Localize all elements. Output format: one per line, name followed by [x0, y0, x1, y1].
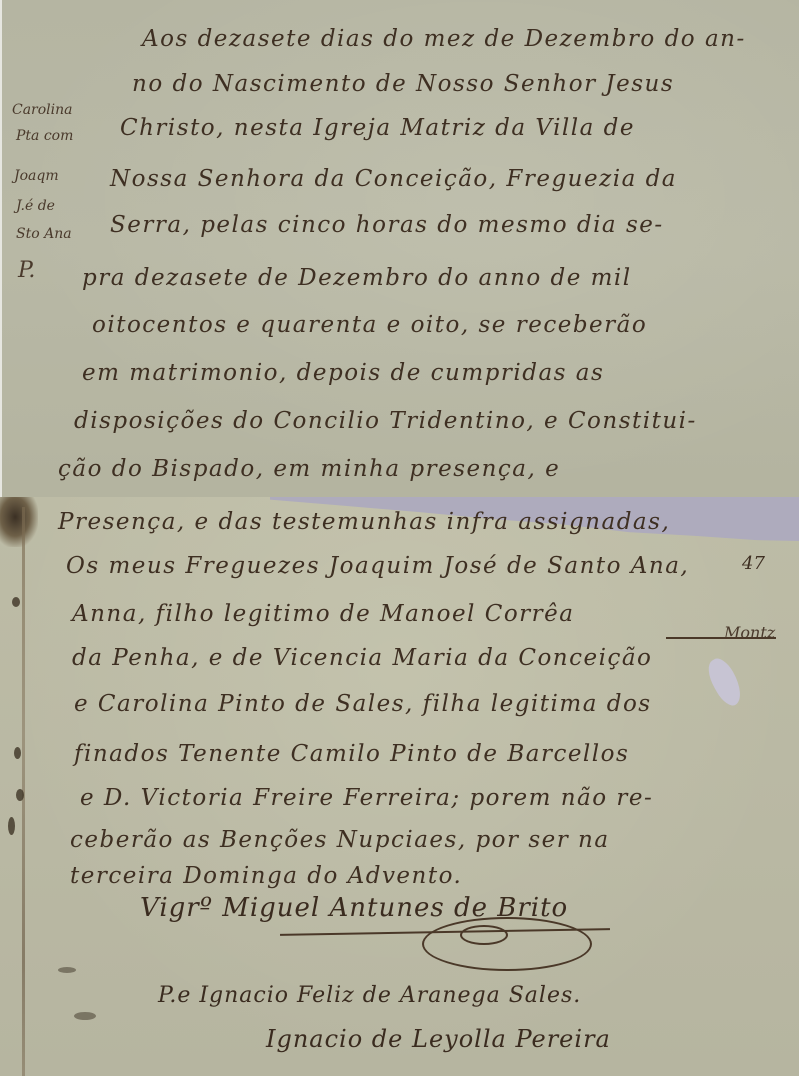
signature-flourish [422, 917, 592, 971]
margin-note-line: P. [18, 258, 35, 283]
ink-blot [74, 1012, 96, 1020]
text-line: ceberão as Benções Nupciaes, por ser na [70, 827, 610, 853]
ink-stain [0, 497, 38, 547]
page-number: 47 [742, 553, 765, 574]
text-line: terceira Dominga do Advento. [70, 863, 462, 889]
margin-note-line: Pta com [16, 128, 73, 144]
document-fragment-bottom: 47 Presença, e das testemunhas infra ass… [0, 497, 799, 1076]
text-line: ção do Bispado, em minha presença, e [58, 456, 560, 482]
text-line: Serra, pelas cinco horas do mesmo dia se… [110, 212, 664, 238]
ink-blot [58, 967, 76, 973]
text-line: e D. Victoria Freire Ferreira; porem não… [80, 785, 653, 811]
signature-flourish [460, 925, 508, 945]
text-line: Nossa Senhora da Conceição, Freguezia da [110, 166, 677, 192]
text-line: disposições do Concilio Tridentino, e Co… [74, 408, 697, 434]
text-line: Presença, e das testemunhas infra assign… [58, 509, 670, 535]
margin-note-right: Montz [724, 623, 775, 642]
text-line: da Penha, e de Vicencia Maria da Conceiç… [72, 645, 652, 671]
text-line: em matrimonio, depois de cumpridas as [82, 360, 604, 386]
ink-blot [12, 597, 20, 607]
text-line: Anna, filho legitimo de Manoel Corrêa [72, 601, 574, 627]
text-line: Christo, nesta Igreja Matriz da Villa de [120, 115, 635, 141]
margin-note-line: Carolina [12, 102, 73, 118]
text-line: finados Tenente Camilo Pinto de Barcello… [74, 741, 629, 767]
document-fragment-top: Carolina Pta com Joaqm J.é de Sto Ana P.… [0, 0, 799, 497]
text-line: oitocentos e quarenta e oito, se receber… [92, 312, 647, 338]
signature-witness-2: Ignacio de Leyolla Pereira [266, 1025, 611, 1053]
line-filler [666, 637, 776, 639]
text-line: no do Nascimento de Nosso Senhor Jesus [132, 71, 674, 97]
text-line: Aos dezasete dias do mez de Dezembro do … [142, 26, 746, 52]
paper-tear [702, 654, 748, 709]
margin-note-line: Sto Ana [16, 226, 72, 242]
ink-blot [16, 789, 24, 801]
signature-witness-1: P.e Ignacio Feliz de Aranega Sales. [158, 983, 581, 1008]
margin-note-line: J.é de [16, 198, 55, 214]
ink-blot [14, 747, 21, 759]
margin-note-line: Joaqm [14, 168, 59, 184]
text-line: Os meus Freguezes Joaquim José de Santo … [66, 553, 689, 579]
text-line: pra dezasete de Dezembro do anno de mil [82, 265, 632, 291]
ink-blot [8, 817, 15, 835]
text-line: e Carolina Pinto de Sales, filha legitim… [74, 691, 652, 717]
